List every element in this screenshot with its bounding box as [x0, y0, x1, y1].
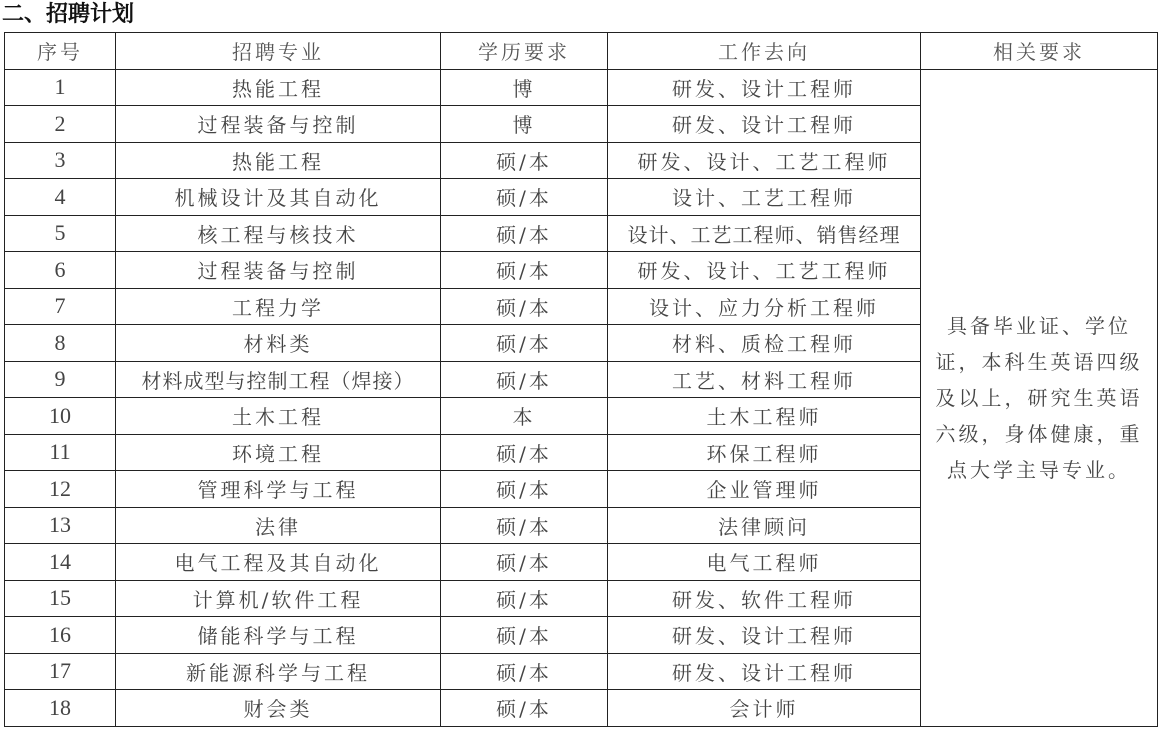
requirements-cell: 具备毕业证、学位证，本科生英语四级及以上，研究生英语六级，身体健康，重点大学主导…: [921, 69, 1158, 726]
row-no: 17: [5, 653, 116, 690]
row-degree: 硕/本: [441, 288, 608, 325]
row-major: 材料成型与控制工程（焊接）: [116, 361, 441, 398]
row-major: 环境工程: [116, 434, 441, 471]
header-position: 工作去向: [608, 33, 921, 70]
row-no: 9: [5, 361, 116, 398]
row-degree: 本: [441, 398, 608, 435]
header-degree: 学历要求: [441, 33, 608, 70]
row-major: 核工程与核技术: [116, 215, 441, 252]
row-no: 5: [5, 215, 116, 252]
row-major: 管理科学与工程: [116, 471, 441, 508]
row-major: 过程装备与控制: [116, 106, 441, 143]
row-major: 财会类: [116, 690, 441, 727]
row-degree: 硕/本: [441, 325, 608, 362]
row-no: 11: [5, 434, 116, 471]
row-position: 研发、设计工程师: [608, 106, 921, 143]
row-major: 新能源科学与工程: [116, 653, 441, 690]
row-degree: 硕/本: [441, 580, 608, 617]
row-degree: 硕/本: [441, 361, 608, 398]
row-degree: 硕/本: [441, 617, 608, 654]
row-position: 研发、设计工程师: [608, 69, 921, 106]
row-major: 热能工程: [116, 142, 441, 179]
row-position: 研发、设计工程师: [608, 653, 921, 690]
row-no: 2: [5, 106, 116, 143]
row-position: 材料、质检工程师: [608, 325, 921, 362]
row-position: 电气工程师: [608, 544, 921, 581]
row-position: 研发、软件工程师: [608, 580, 921, 617]
row-degree: 硕/本: [441, 179, 608, 216]
row-position: 会计师: [608, 690, 921, 727]
row-position: 设计、工艺工程师: [608, 179, 921, 216]
row-position: 土木工程师: [608, 398, 921, 435]
row-major: 储能科学与工程: [116, 617, 441, 654]
row-major: 机械设计及其自动化: [116, 179, 441, 216]
row-position: 研发、设计、工艺工程师: [608, 252, 921, 289]
row-major: 过程装备与控制: [116, 252, 441, 289]
row-no: 4: [5, 179, 116, 216]
table-header-row: 序号 招聘专业 学历要求 工作去向 相关要求: [5, 33, 1158, 70]
row-major: 土木工程: [116, 398, 441, 435]
row-position: 研发、设计、工艺工程师: [608, 142, 921, 179]
row-degree: 硕/本: [441, 215, 608, 252]
recruitment-plan-table: 序号 招聘专业 学历要求 工作去向 相关要求 1热能工程博研发、设计工程师具备毕…: [4, 32, 1158, 727]
row-no: 7: [5, 288, 116, 325]
header-requirements: 相关要求: [921, 33, 1158, 70]
row-position: 环保工程师: [608, 434, 921, 471]
row-no: 12: [5, 471, 116, 508]
row-degree: 硕/本: [441, 544, 608, 581]
row-degree: 硕/本: [441, 653, 608, 690]
row-degree: 博: [441, 69, 608, 106]
row-major: 法律: [116, 507, 441, 544]
row-degree: 硕/本: [441, 507, 608, 544]
row-degree: 硕/本: [441, 434, 608, 471]
row-position: 企业管理师: [608, 471, 921, 508]
row-degree: 硕/本: [441, 471, 608, 508]
row-position: 设计、应力分析工程师: [608, 288, 921, 325]
row-no: 1: [5, 69, 116, 106]
row-major: 工程力学: [116, 288, 441, 325]
header-major: 招聘专业: [116, 33, 441, 70]
row-degree: 硕/本: [441, 142, 608, 179]
row-degree: 博: [441, 106, 608, 143]
row-degree: 硕/本: [441, 690, 608, 727]
row-no: 13: [5, 507, 116, 544]
row-major: 电气工程及其自动化: [116, 544, 441, 581]
row-major: 材料类: [116, 325, 441, 362]
row-no: 16: [5, 617, 116, 654]
row-major: 计算机/软件工程: [116, 580, 441, 617]
row-no: 18: [5, 690, 116, 727]
row-position: 设计、工艺工程师、销售经理: [608, 215, 921, 252]
row-position: 工艺、材料工程师: [608, 361, 921, 398]
row-no: 3: [5, 142, 116, 179]
row-no: 6: [5, 252, 116, 289]
section-title: 二、招聘计划: [2, 0, 134, 30]
row-no: 14: [5, 544, 116, 581]
row-no: 8: [5, 325, 116, 362]
row-major: 热能工程: [116, 69, 441, 106]
table-row: 1热能工程博研发、设计工程师具备毕业证、学位证，本科生英语四级及以上，研究生英语…: [5, 69, 1158, 106]
row-position: 法律顾问: [608, 507, 921, 544]
row-no: 15: [5, 580, 116, 617]
row-no: 10: [5, 398, 116, 435]
row-position: 研发、设计工程师: [608, 617, 921, 654]
row-degree: 硕/本: [441, 252, 608, 289]
header-no: 序号: [5, 33, 116, 70]
